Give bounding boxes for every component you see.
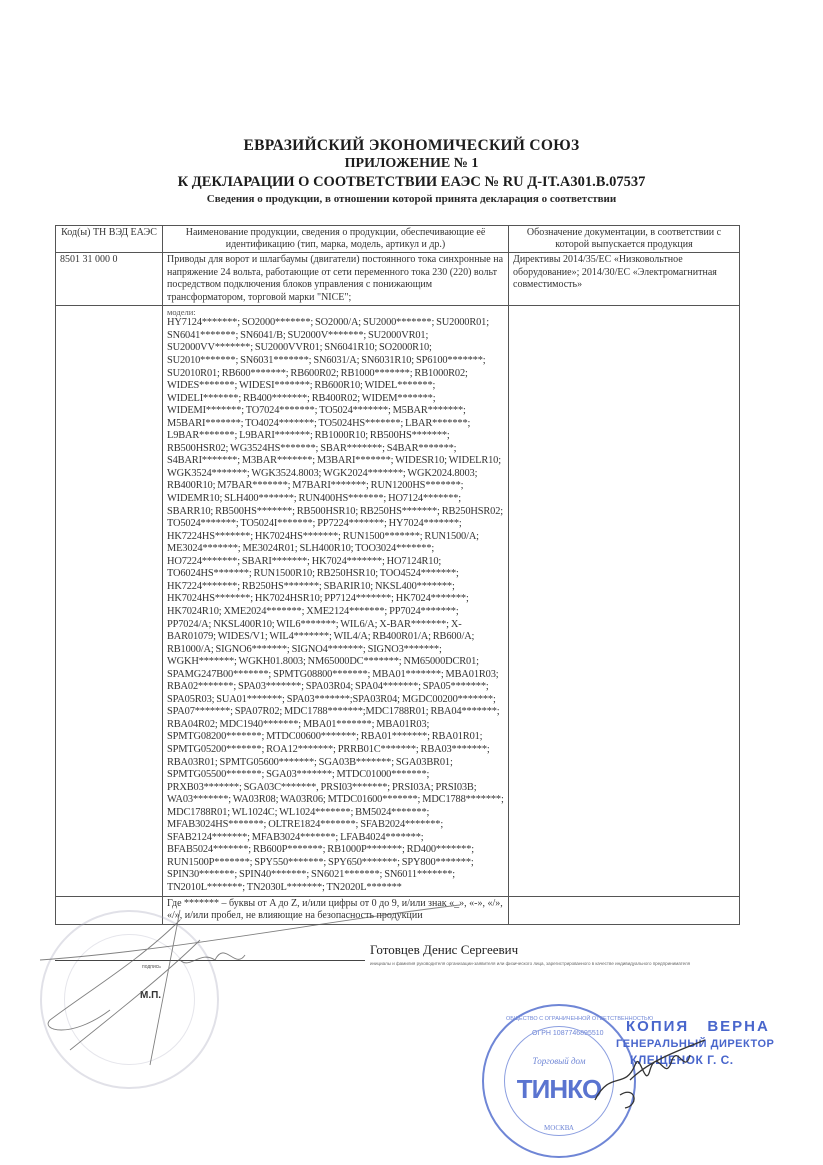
product-table: Код(ы) ТН ВЭД ЕАЭС Наименование продукци…: [55, 225, 740, 925]
director-name: КЛЕЩЕНОК Г. С.: [630, 1053, 774, 1067]
appendix-title: ПРИЛОЖЕНИЕ № 1: [0, 155, 823, 173]
table-row: 8501 31 000 0 Приводы для ворот и шлагба…: [56, 253, 740, 306]
models-cell: модели: HY7124*******; SO2000*******; SO…: [163, 306, 509, 896]
empty-cell: [509, 306, 740, 896]
declaration-title: К ДЕКЛАРАЦИИ О СООТВЕТСТВИИ ЕАЭС № RU Д-…: [0, 173, 823, 192]
company-stamp: ОБЩЕСТВО С ОГРАНИЧЕННОЙ ОТВЕТСТВЕННОСТЬЮ…: [482, 1004, 636, 1158]
empty-cell: [56, 306, 163, 896]
document-header: ЕВРАЗИЙСКИЙ ЭКОНОМИЧЕСКИЙ СОЮЗ ПРИЛОЖЕНИ…: [0, 136, 823, 207]
column-header-product: Наименование продукции, сведения о проду…: [163, 226, 509, 253]
signature-caption: подпись: [142, 964, 161, 970]
models-label: модели:: [167, 307, 504, 317]
tnved-code: 8501 31 000 0: [56, 253, 163, 306]
models-list: HY7124*******; SO2000*******; SO2000/A; …: [167, 317, 504, 894]
certified-copy-title: КОПИЯ ВЕРНА: [626, 1018, 774, 1035]
declaration-subtitle: Сведения о продукции, в отношении которо…: [0, 192, 823, 207]
signer-caption: инициалы и фамилия руководителя организа…: [370, 961, 770, 967]
column-header-documentation: Обозначение документации, в соответствии…: [509, 226, 740, 253]
table-header-row: Код(ы) ТН ВЭД ЕАЭС Наименование продукци…: [56, 226, 740, 253]
union-title: ЕВРАЗИЙСКИЙ ЭКОНОМИЧЕСКИЙ СОЮЗ: [0, 136, 823, 155]
director-title: ГЕНЕРАЛЬНЫЙ ДИРЕКТОР: [616, 1038, 774, 1050]
column-header-code: Код(ы) ТН ВЭД ЕАЭС: [56, 226, 163, 253]
documentation-cell: Директивы 2014/35/ЕС «Низковольтное обор…: [509, 253, 740, 306]
certified-copy-stamp: КОПИЯ ВЕРНА ГЕНЕРАЛЬНЫЙ ДИРЕКТОР КЛЕЩЕНО…: [626, 1018, 774, 1067]
product-description: Приводы для ворот и шлагбаумы (двигатели…: [163, 253, 509, 306]
seal-label: М.П.: [140, 990, 161, 1001]
stamp-logo: ТИНКО: [502, 1074, 616, 1105]
table-row: модели: HY7124*******; SO2000*******; SO…: [56, 306, 740, 896]
signature-line: [55, 960, 365, 961]
stamp-city: МОСКВА: [484, 1124, 634, 1132]
wildcard-note: Где ******* – буквы от A до Z, и/или циф…: [163, 896, 509, 924]
stamp-ogrn: ОГРН 1087746895510: [532, 1030, 604, 1037]
stamp-house: Торговый дом: [484, 1056, 634, 1066]
signer-name: Готовцев Денис Сергеевич: [370, 942, 518, 958]
empty-cell: [509, 896, 740, 924]
